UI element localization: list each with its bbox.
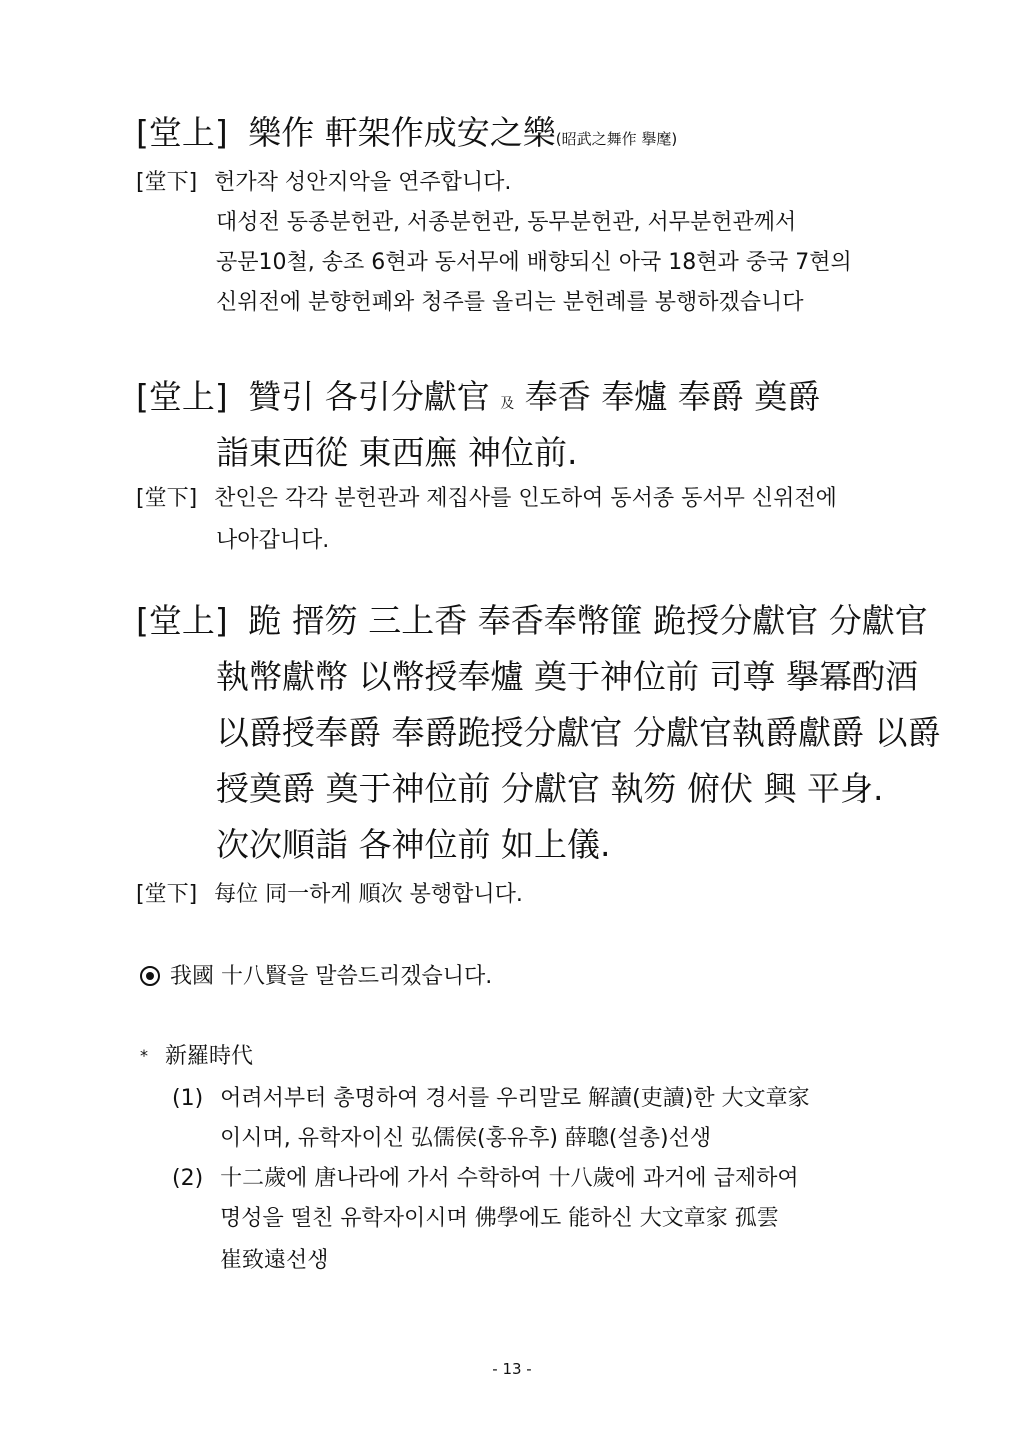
section1-lower-line-1: [堂下] 헌가작 성안지악을 연주합니다.	[136, 172, 511, 194]
silla-item-1-line-1: (1) 어려서부터 총명하여 경서를 우리말로 解讀(吏讀)한 大文章家	[172, 1088, 810, 1110]
dangha-tag: [堂下]	[136, 170, 197, 195]
section1-lower-line-4: 신위전에 분향헌폐와 청주를 올리는 분헌례를 봉행하겠습니다	[216, 292, 804, 314]
section1-lower-line-2: 대성전 동종분헌관, 서종분헌관, 동무분헌관, 서무분헌관께서	[216, 212, 796, 234]
section1-lower-line-3: 공문10철, 송조 6현과 동서무에 배향되신 아국 18현과 중국 7현의	[216, 252, 852, 274]
lower-text: 찬인은 각각 분헌관과 제집사를 인도하여 동서종 동서무 신위전에	[214, 486, 837, 511]
section3-lower-line: [堂下] 每位 同一하게 順次 봉행합니다.	[136, 884, 523, 906]
section2-upper-line-2: 詣東西從 東西廡 神位前.	[216, 436, 577, 469]
upper-text: 樂作 軒架作成安之樂	[248, 113, 556, 152]
silla-item-2-line-1: (2) 十二歲에 唐나라에 가서 수학하여 十八歲에 과거에 급제하여	[172, 1168, 799, 1190]
silla-item-2-line-3: 崔致遠선생	[220, 1250, 329, 1272]
era-heading: 新羅時代	[165, 1044, 253, 1069]
announcement-text: 我國 十八賢을 말씀드리겠습니다.	[170, 964, 492, 989]
silla-item-2-line-2: 명성을 떨친 유학자이시며 佛學에도 能하신 大文章家 孤雲	[220, 1208, 779, 1230]
lower-text: 헌가작 성안지악을 연주합니다.	[214, 170, 511, 195]
lower-text: 每位 同一하게 順次 봉행합니다.	[214, 882, 523, 907]
dangsang-tag: [堂上]	[136, 113, 228, 152]
section3-upper-line-2: 執幣獻幣 以幣授奉爐 奠于神位前 司尊 擧冪酌酒	[216, 660, 918, 693]
announcement-line: 我國 十八賢을 말씀드리겠습니다.	[140, 966, 492, 988]
upper-note: (昭武之舞作 擧麾)	[556, 130, 677, 148]
circled-dot-icon	[140, 966, 160, 986]
item-text: 十二歲에 唐나라에 가서 수학하여 十八歲에 과거에 급제하여	[220, 1166, 799, 1191]
section3-upper-line-3: 以爵授奉爵 奉爵跪授分獻官 分獻官執爵獻爵 以爵	[216, 716, 940, 749]
silla-heading: * 新羅時代	[140, 1046, 253, 1068]
section3-upper-line-1: [堂上] 跪 搢笏 三上香 奉香奉幣篚 跪授分獻官 分獻官	[136, 604, 928, 637]
upper-text-b: 奉香 奉爐 奉爵 奠爵	[525, 377, 820, 416]
dangsang-tag: [堂上]	[136, 601, 228, 640]
upper-conjunction: 及	[500, 396, 514, 412]
section3-upper-line-4: 授奠爵 奠于神位前 分獻官 執笏 俯伏 興 平身.	[216, 772, 883, 805]
section3-upper-line-5: 次次順詣 各神位前 如上儀.	[216, 828, 610, 861]
section2-lower-line-2: 나아갑니다.	[216, 530, 329, 552]
item-text: 어려서부터 총명하여 경서를 우리말로 解讀(吏讀)한 大文章家	[220, 1086, 809, 1111]
dangha-tag: [堂下]	[136, 486, 197, 511]
section2-upper-line-1: [堂上] 贊引 各引分獻官 及 奉香 奉爐 奉爵 奠爵	[136, 380, 820, 413]
silla-item-1-line-2: 이시며, 유학자이신 弘儒侯(홍유후) 薛聰(설총)선생	[220, 1128, 711, 1150]
upper-text: 跪 搢笏 三上香 奉香奉幣篚 跪授分獻官 分獻官	[248, 601, 927, 640]
section1-upper-line: [堂上] 樂作 軒架作成安之樂(昭武之舞作 擧麾)	[136, 116, 677, 149]
dangha-tag: [堂下]	[136, 882, 197, 907]
item-number: (2)	[172, 1166, 203, 1191]
upper-text-a: 贊引 各引分獻官	[248, 377, 490, 416]
star-icon: *	[140, 1046, 148, 1065]
item-number: (1)	[172, 1086, 203, 1111]
dangsang-tag: [堂上]	[136, 377, 228, 416]
page-number: - 13 -	[0, 1360, 1024, 1378]
section2-lower-line-1: [堂下] 찬인은 각각 분헌관과 제집사를 인도하여 동서종 동서무 신위전에	[136, 488, 837, 510]
